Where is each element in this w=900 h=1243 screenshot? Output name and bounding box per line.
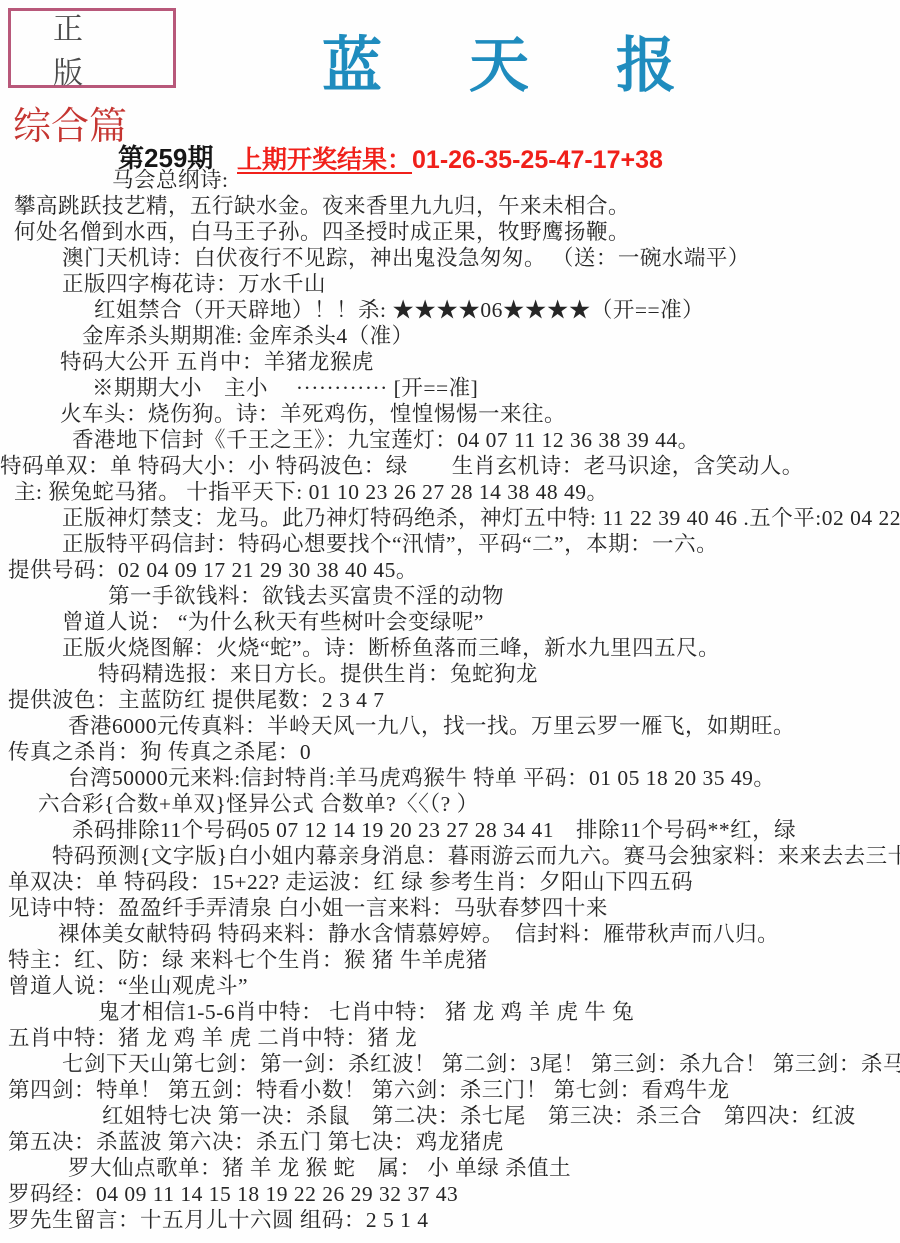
page-title: 蓝 天 报 [322,18,712,104]
text-lines: 马会总纲诗:攀高跳跃技艺精，五行缺水金。夜来香里九九归，午来未相合。何处名僧到水… [0,167,900,1233]
text-line: 鬼才相信1-5-6肖中特： 七肖中特： 猪 龙 鸡 羊 虎 牛 兔 [0,999,900,1025]
newspaper-page: 正 版 蓝 天 报 综合篇 第259期 上期开奖结果：01-26-35-25-4… [0,0,900,1243]
text-line: 第一手欲钱料：欲钱去买富贵不淫的动物 [0,583,900,609]
text-line: 特码单双：单 特码大小：小 特码波色：绿 生肖玄机诗：老马识途，含笑动人。 [0,453,900,479]
authentic-edition-badge: 正 版 [8,8,176,88]
text-line: 罗码经：04 09 11 14 15 18 19 22 26 29 32 37 … [0,1181,900,1207]
text-line: 特码预测{文字版}白小姐内幕亲身消息：暮雨游云而九六。赛马会独家料：来来去去三十… [0,843,900,869]
text-line: 第四剑：特单！ 第五剑：特看小数！ 第六剑：杀三门！ 第七剑：看鸡牛龙 [0,1077,900,1103]
text-line: ※期期大小 主小 ············ [开==准] [0,375,900,401]
text-line: 传真之杀肖：狗 传真之杀尾：0 [0,739,900,765]
text-line: 攀高跳跃技艺精，五行缺水金。夜来香里九九归，午来未相合。 [0,193,900,219]
text-line: 单双决：单 特码段：15+22? 走运波：红 绿 参考生肖：夕阳山下四五码 [0,869,900,895]
text-line: 台湾50000元来料:信封特肖:羊马虎鸡猴牛 特单 平码：01 05 18 20… [0,765,900,791]
text-line: 特主：红、防：绿 来料七个生肖：猴 猪 牛羊虎猪 [0,947,900,973]
text-line: 香港6000元传真料：半岭天风一九八，找一找。万里云罗一雁飞，如期旺。 [0,713,900,739]
text-line: 罗大仙点歌单：猪 羊 龙 猴 蛇 属： 小 单绿 杀值土 [0,1155,900,1181]
text-line: 澳门天机诗：白伏夜行不见踪，神出鬼没急匆匆。 （送：一碗水端平） [0,245,900,271]
issue-row: 第259期 上期开奖结果：01-26-35-25-47-17+38 [0,138,900,168]
text-line: 香港地下信封《千王之王》：九宝莲灯：04 07 11 12 36 38 39 4… [0,427,900,453]
text-line: 火车头：烧伤狗。诗：羊死鸡伤，惶惶惕惕一来往。 [0,401,900,427]
text-line: 正版四字梅花诗：万水千山 [0,271,900,297]
text-line: 七剑下天山第七剑：第一剑：杀红波！ 第二剑：3尾！ 第三剑：杀九合！ 第三剑：杀… [0,1051,900,1077]
text-line: 特码大公开 五肖中：羊猪龙猴虎 [0,349,900,375]
text-line: 特码精选报：来日方长。提供生肖：兔蛇狗龙 [0,661,900,687]
text-line: 裸体美女献特码 特码来料：静水含情慕婷婷。 信封料：雁带秋声而八归。 [0,921,900,947]
text-line: 六合彩{合数+单双}怪异公式 合数单?〈〈（? ） [0,791,900,817]
text-line: 杀码排除11个号码05 07 12 14 19 20 23 27 28 34 4… [0,817,900,843]
text-line: 见诗中特：盈盈纤手弄清泉 白小姐一言来料：马驮春梦四十来 [0,895,900,921]
text-line: 罗先生留言：十五月儿十六圆 组码：2 5 1 4 [0,1207,900,1233]
text-line: 第五决：杀蓝波 第六决：杀五门 第七决：鸡龙猪虎 [0,1129,900,1155]
text-line: 红姐特七决 第一决：杀鼠 第二决：杀七尾 第三决：杀三合 第四决：红波 [0,1103,900,1129]
text-line: 主: 猴兔蛇马猪。 十指平天下: 01 10 23 26 27 28 14 38… [0,479,900,505]
text-line: 金库杀头期期准: 金库杀头4（准） [0,323,900,349]
text-line: 正版特平码信封：特码心想要找个“汛情”，平码“二”，本期：一六。 [0,531,900,557]
text-line: 红姐禁合（开天辟地）！！杀: ★★★★06★★★★（开==准） [0,297,900,323]
text-line: 何处名僧到水西，白马王子孙。四圣授时成正果，牧野鹰扬鞭。 [0,219,900,245]
badge-label: 正 版 [53,4,173,92]
text-line: 曾道人说： “为什么秋天有些树叶会变绿呢” [0,609,900,635]
text-line: 提供波色：主蓝防红 提供尾数：2 3 4 7 [0,687,900,713]
text-line: 马会总纲诗: [0,167,900,193]
text-line: 曾道人说：“坐山观虎斗” [0,973,900,999]
text-line: 正版神灯禁支：龙马。此乃神灯特码绝杀，神灯五中特: 11 22 39 40 46… [0,505,900,531]
text-line: 五肖中特：猪 龙 鸡 羊 虎 二肖中特：猪 龙 [0,1025,900,1051]
text-line: 提供号码：02 04 09 17 21 29 30 38 40 45。 [0,557,900,583]
text-line: 正版火烧图解：火烧“蛇”。诗：断桥鱼落而三峰，新水九里四五尺。 [0,635,900,661]
